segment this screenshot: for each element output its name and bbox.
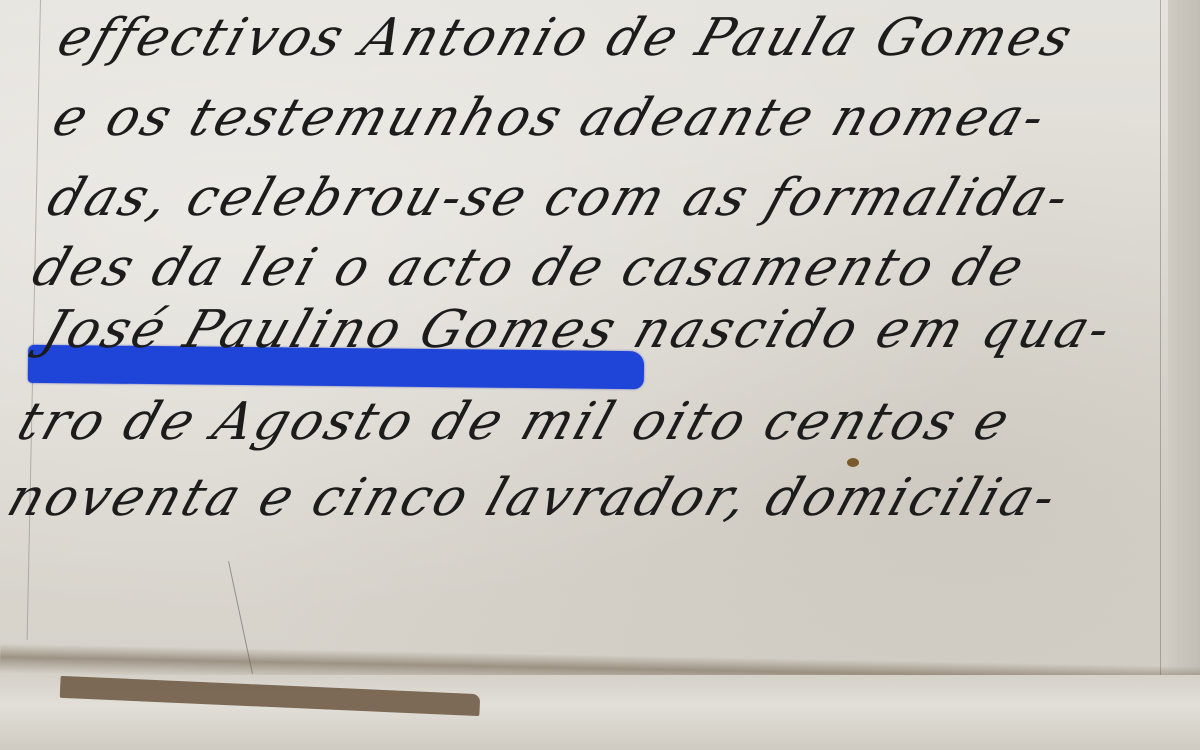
ink-stain: [847, 458, 859, 467]
page-edge: [1168, 0, 1200, 700]
handwritten-line-5-highlighted-name: José Paulino Gomes nascido em qua-: [35, 300, 1121, 360]
handwritten-line-7: noventa e cinco lavrador, domicilia-: [0, 468, 1066, 528]
handwritten-line-2: e os testemunhos adeante nomea-: [45, 88, 1055, 148]
handwritten-line-1: effectivos Antonio de Paula Gomes: [50, 8, 1082, 68]
handwritten-line-4: des da lei o acto de casamento de: [25, 238, 1034, 298]
right-margin-rule: [1160, 0, 1161, 690]
document-page: effectivos Antonio de Paula Gomes e os t…: [0, 0, 1200, 690]
handwritten-line-3: das, celebrou-se com as formalida-: [40, 168, 1079, 228]
left-margin-rule: [27, 0, 41, 640]
handwritten-line-6: tro de Agosto de mil oito centos e: [10, 392, 1019, 452]
